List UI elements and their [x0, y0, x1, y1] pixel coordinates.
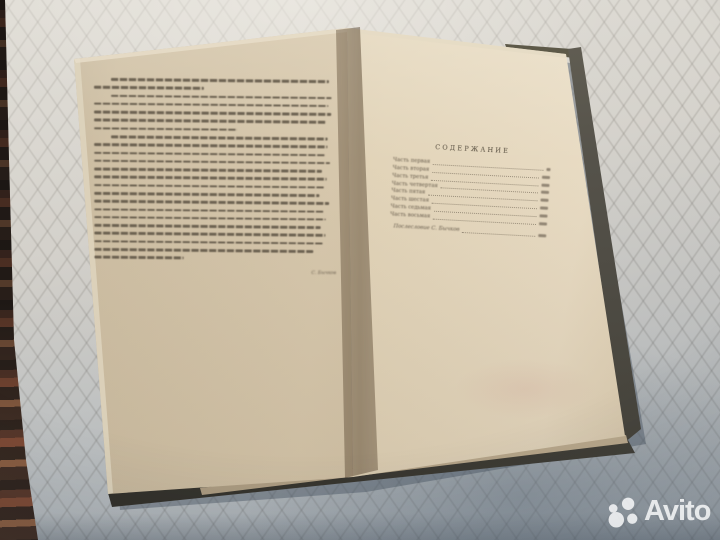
- blurred-text-line: [94, 232, 325, 237]
- toc-heading: СОДЕРЖАНИЕ: [394, 141, 552, 157]
- paragraph: [94, 78, 334, 91]
- afterword-signature: С. Бычков: [288, 271, 336, 276]
- blurred-text-line: [94, 192, 319, 197]
- avito-watermark-text: Avito: [644, 495, 710, 528]
- blurred-text-line: [94, 248, 313, 253]
- blurred-text-line: [94, 208, 323, 213]
- blurred-text-line: [94, 224, 321, 229]
- blurred-text-line: [94, 86, 204, 90]
- blurred-text-line: [94, 119, 326, 124]
- blurred-text-line: [111, 78, 329, 83]
- toc-page-number-smudge: [540, 206, 548, 209]
- toc-page-number-smudge: [539, 214, 547, 217]
- paragraph: [94, 94, 334, 132]
- blurred-text-line: [94, 168, 322, 173]
- paragraph: [94, 135, 332, 260]
- blurred-text-line: [94, 151, 325, 156]
- toc-page-number-smudge: [542, 176, 550, 179]
- blurred-text-line: [111, 135, 328, 140]
- toc-page-number-smudge: [546, 168, 550, 171]
- toc-rows: Часть перваяЧасть втораяЧасть третьяЧаст…: [389, 158, 550, 238]
- blurred-text-line: [94, 102, 329, 107]
- blurred-text-line: [94, 240, 323, 245]
- blurred-text-line: [94, 184, 324, 189]
- blurred-text-line: [94, 256, 183, 259]
- blurred-text-line: [94, 216, 326, 221]
- toc-entry-label: Часть восьмая: [390, 212, 430, 220]
- dot-leader: [462, 228, 535, 237]
- blurred-text-line: [94, 127, 237, 131]
- avito-logo-icon: [606, 495, 641, 528]
- open-book: С. Бычков СОДЕРЖАНИЕ Часть перваяЧасть в…: [0, 0, 720, 540]
- toc-entry-label: Послесловие С. Бычков: [393, 224, 459, 233]
- blurred-text-line: [94, 200, 328, 205]
- toc-page-number-smudge: [541, 183, 549, 186]
- blurred-text-line: [94, 160, 329, 165]
- blurred-text-line: [94, 143, 327, 148]
- blurred-text-line: [111, 94, 331, 99]
- blurred-text-line: [94, 111, 331, 116]
- avito-watermark: Avito: [606, 495, 710, 528]
- toc-page-number-smudge: [541, 191, 549, 194]
- toc-row: Послесловие С. Бычков: [389, 224, 546, 238]
- photo-open-book: С. Бычков СОДЕРЖАНИЕ Часть перваяЧасть в…: [0, 0, 720, 540]
- left-page-text-block: [94, 78, 334, 266]
- blurred-text-line: [94, 176, 327, 181]
- toc-page-number-smudge: [538, 234, 546, 237]
- toc-page-number-smudge: [540, 199, 548, 202]
- table-of-contents: СОДЕРЖАНИЕ Часть перваяЧасть втораяЧасть…: [389, 141, 552, 240]
- toc-page-number-smudge: [539, 222, 547, 225]
